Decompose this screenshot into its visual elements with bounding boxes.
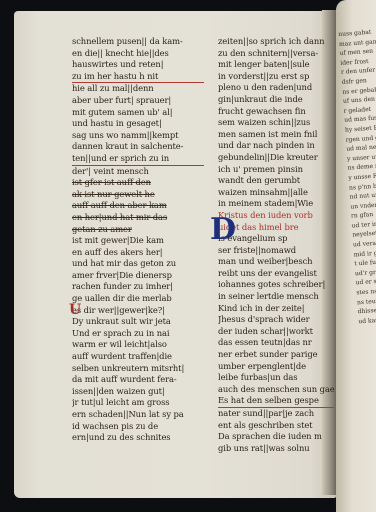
manuscript-line: das essen teutn|das nr [218,337,334,349]
manuscript-line: ern|und zu des schnites [72,432,204,444]
manuscript-line: ern schaden||Nun lat sy pa [72,409,204,421]
manuscript-line: waizen minsahm||alle [218,187,334,199]
manuscript-line: iohannes gotes schreiber| [218,279,334,291]
manuscript-line: en her|und hat mir das [72,212,204,224]
manuscript-line: da mit auff wurdent fera- [72,374,204,386]
manuscript-line: Es hat den selben gespe [218,395,334,408]
manuscript-line: reibt uns der evangelist [218,268,334,280]
manuscript-line: jr tut|ul leicht am gross [72,397,204,409]
manuscript-line: der iuden schar||workt [218,326,334,338]
manuscript-line: ich u' premen pinsin [218,164,334,176]
manuscript-line: pleno u den raden|und [218,82,334,94]
manuscript-line: Und er sprach zu in nai [72,328,204,340]
manuscript-line: sem waizen schin||zus [218,117,334,129]
manuscript-line: Jhesus d'sprach wider [218,314,334,326]
manuscript-line: ner erbet sunder parige [218,349,334,361]
manuscript-line: men samen ist mein fnil [218,129,334,141]
manuscript-line: ent als geschriben stet [218,420,334,432]
manuscript-line: ge uallen dir die merlab [72,293,204,305]
manuscript-line: auch des menschen sun gaey [218,384,334,396]
manuscript-line: nater sund||par|je zach [218,408,334,420]
manuscript-line: in vorderst||zu erst sp [218,71,334,83]
manuscript-line: und dar nach pinden in [218,140,334,152]
manuscript-line: getan zu amer [72,224,204,236]
manuscript-line: in meinem stadem|Wie [218,198,334,210]
manuscript-line: man und weiber|besch [218,256,334,268]
manuscript-line: umber erpenglent|de [218,361,334,373]
manuscript-line: aber uber furt| sprauer| [72,95,204,107]
left-text-column: schnellem pusen|| da kam-en die|| knecht… [72,36,204,444]
manuscript-line: issen||den waizen gut| [72,386,204,398]
manuscript-line: Dy unkraut sult wir jeta [72,316,204,328]
manuscript-line: der'| veint mensch [72,166,204,178]
manuscript-line: sag uns wo namm||kempt [72,130,204,142]
manuscript-line: hie all zu mal||denn [72,83,204,95]
manuscript-line: ist mit gewer|Die kam [72,235,204,247]
manuscript-line: mit lenger baten||sule [218,59,334,71]
manuscript-line: gebundelin||Die kreuter [218,152,334,164]
manuscript-line: es dir wer||gewer|ke?| [72,305,204,317]
manuscript-line: hauswirtes und reten| [72,59,204,71]
manuscript-line: amer frver|Die dienersp [72,270,204,282]
manuscript-line: gib uns rat||was solnu [218,443,334,455]
manuscript-line: gin|unkraut die inde [218,94,334,106]
manuscript-line: selben unkreutern mitsrht| [72,363,204,375]
manuscript-line: en die|| knecht hie||des [72,48,204,60]
manuscript-line: zeiten||so sprich ich dann [218,36,334,48]
manuscript-line: frucht gewachsen fin [218,106,334,118]
manuscript-line: leibe furbas|un das [218,372,334,384]
manuscript-line: zu den schnitern||versa- [218,48,334,60]
manuscript-line: mit gutem samen ub' al| [72,107,204,119]
manuscript-line: ak ist nur gewelt he [72,189,204,201]
manuscript-line: in seiner lertdie mensch [218,291,334,303]
manuscript-line: und hat mir das geton zu [72,258,204,270]
manuscript-line: warm er wil leicht|also [72,339,204,351]
manuscript-line: ist gfer ist auff den [72,177,204,189]
manuscript-line: auff wurdent traffen|die [72,351,204,363]
manuscript-line: en auff des akers her| [72,247,204,259]
manuscript-line: id wachsen pis zu de [72,421,204,433]
manuscript-line: Kind ich in der zeite| [218,303,334,315]
manuscript-line: wandt den gerumbt [218,175,334,187]
manuscript-line: zu im her hastu h nit [72,71,204,84]
facing-line: ud kanst [358,314,376,326]
manuscript-line: ten||und er sprich zu in [72,153,204,166]
manuscript-line: schnellem pusen|| da kam- [72,36,204,48]
blue-initial-letter: D [210,212,236,247]
manuscript-line: rachen funder zu imher| [72,281,204,293]
manuscript-line: auff auff den aber kam [72,200,204,212]
red-initial-letter: U [69,302,81,318]
manuscript-line: dannen kraut in salchente- [72,141,204,153]
manuscript-line: und hastu in gesaget| [72,118,204,130]
manuscript-line: Da sprachen die iuden m [218,431,334,443]
